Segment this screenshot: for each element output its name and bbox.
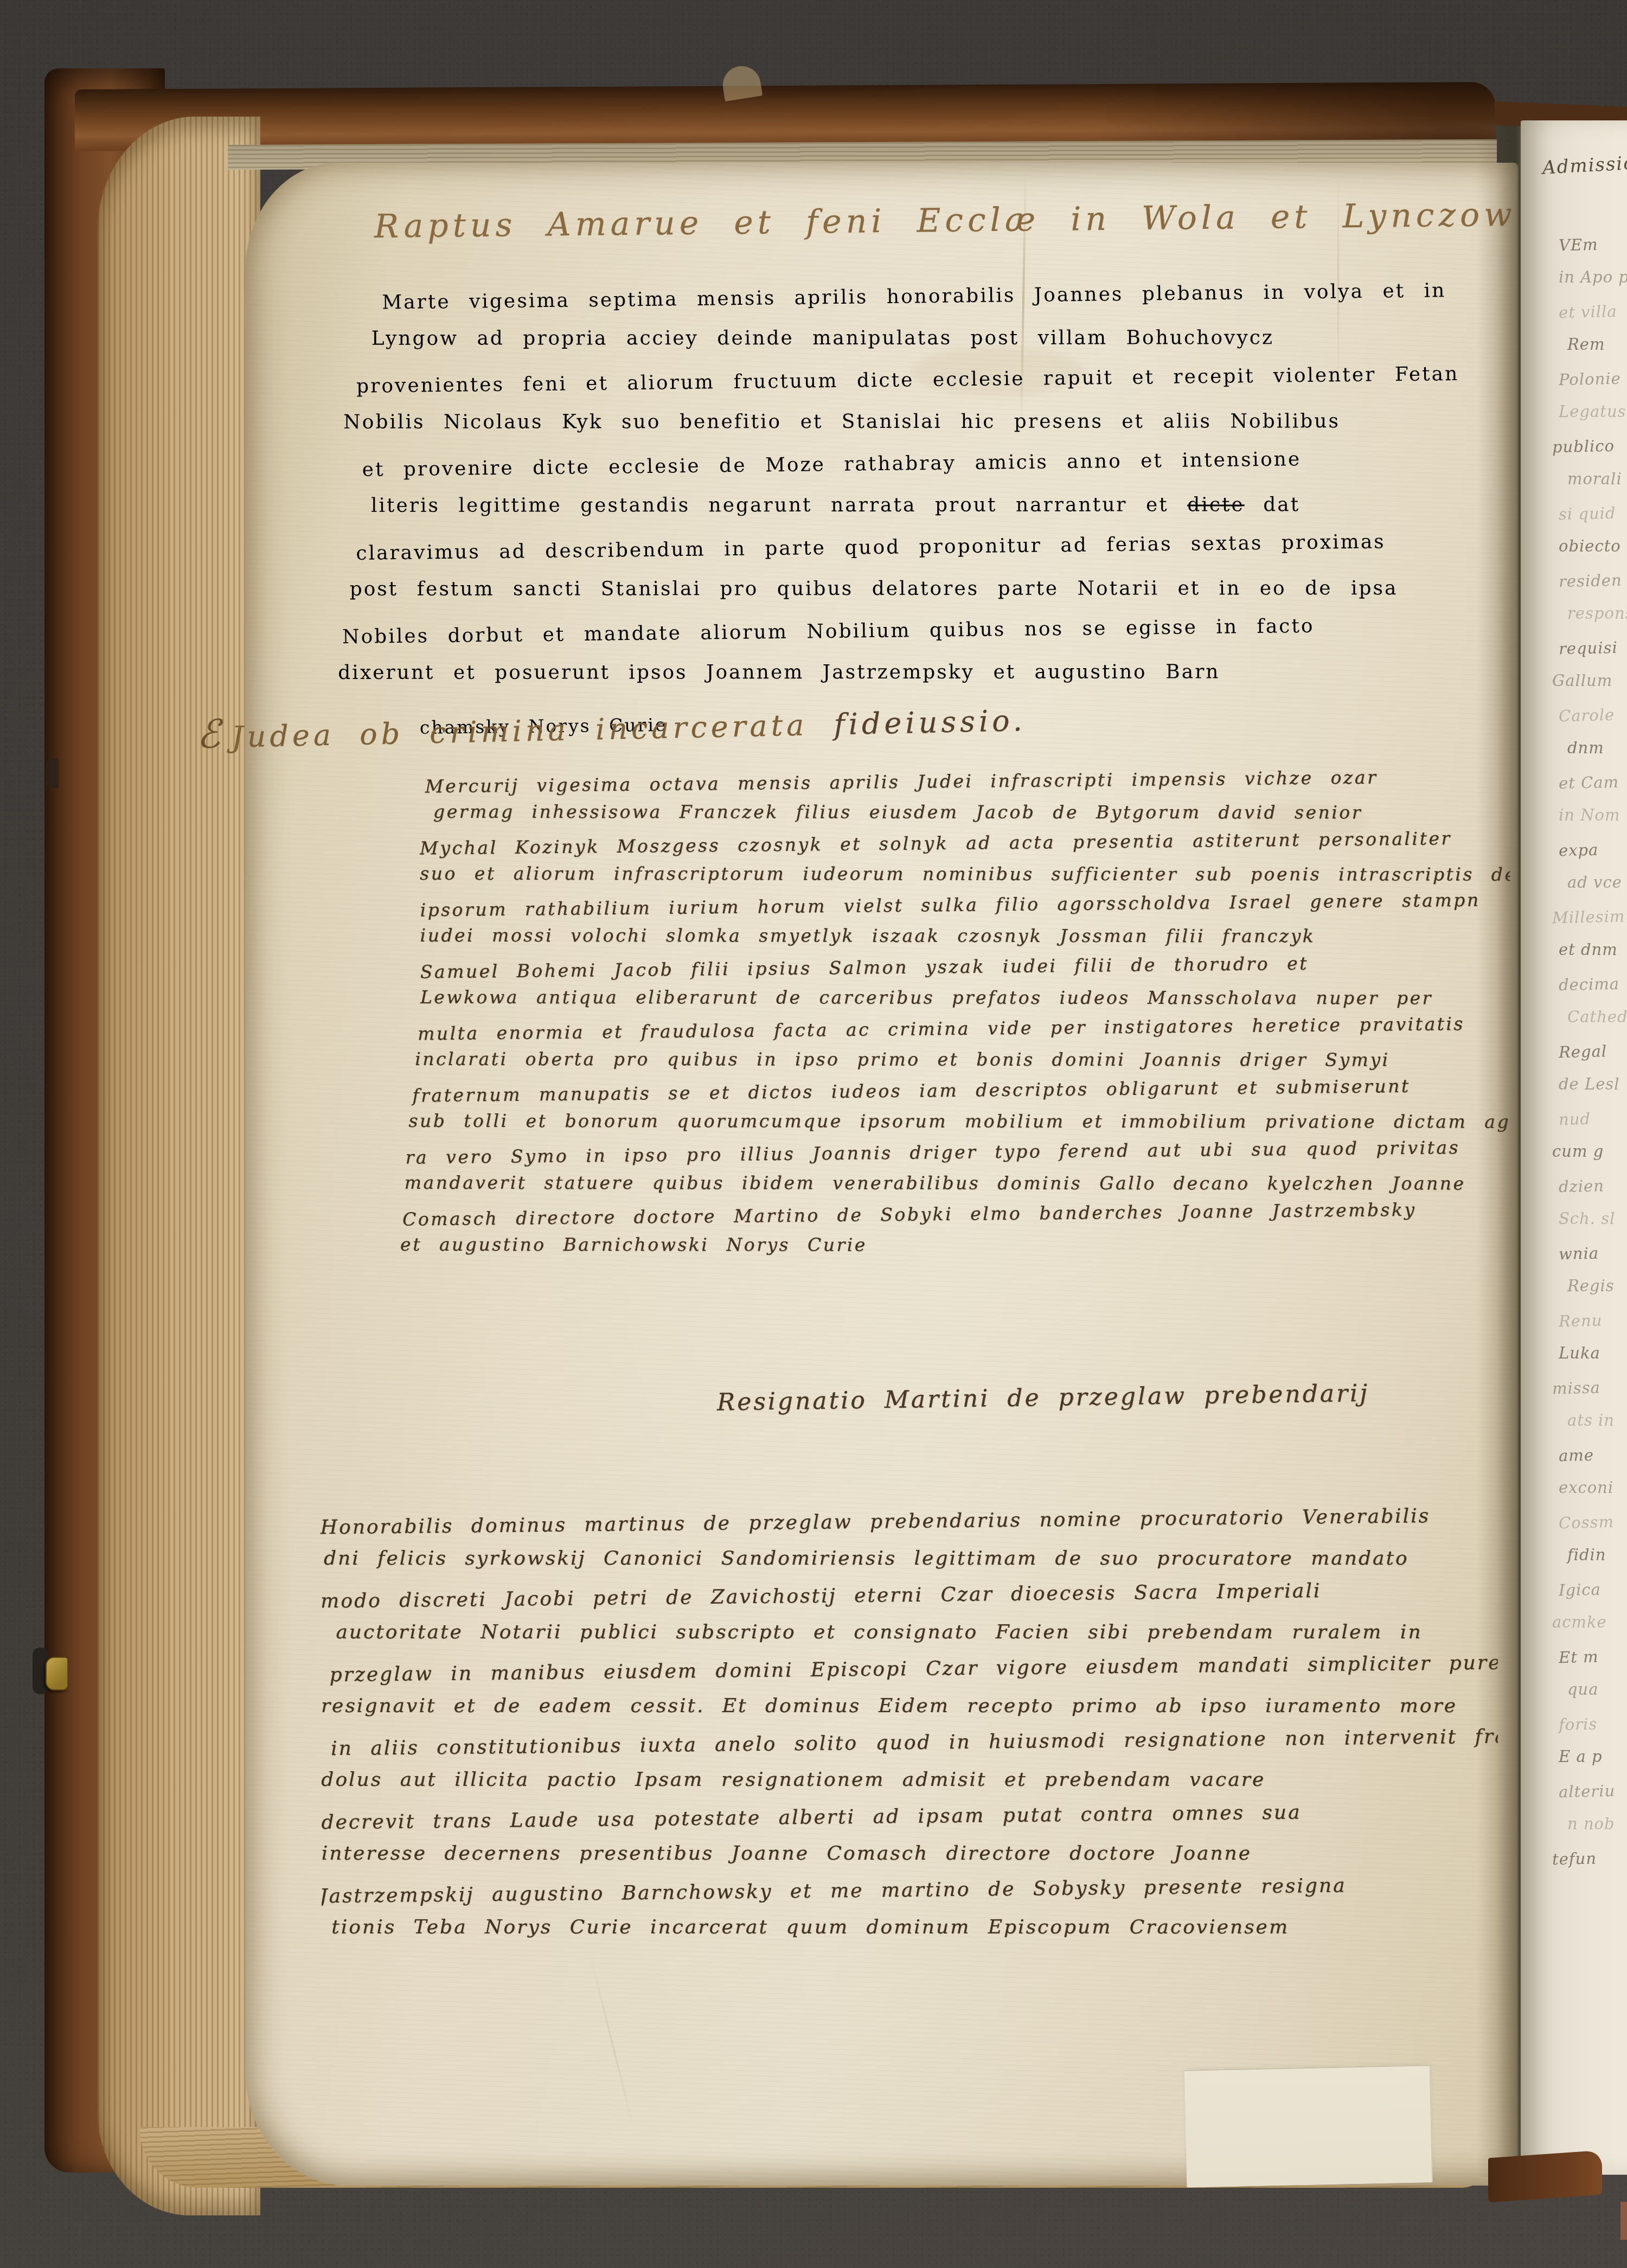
text-fragment: publico <box>1552 427 1627 464</box>
paper-repair-patch <box>1184 2065 1433 2187</box>
text-fragment: decima <box>1558 965 1627 1002</box>
text-segment: dat <box>1245 494 1300 516</box>
text-fragment: dzien <box>1558 1167 1627 1203</box>
cover-edge-sliver <box>1620 2202 1627 2240</box>
manuscript-scan: Raptus Amarue et feni Ecclæ in Wola et L… <box>0 0 1627 2268</box>
paragraph-judei: Mercurij vigesima octava mensis aprilis … <box>338 764 1511 1262</box>
text-line: Lyngow ad propria acciey deinde manipula… <box>371 317 1503 360</box>
text-line: decrevit trans Laude usa potestate alber… <box>321 1792 1498 1842</box>
text-fragment: Legatus r <box>1559 395 1627 428</box>
text-line: in aliis constitutionibus iuxta anelo so… <box>331 1719 1498 1768</box>
text-line: dixerunt et posuerunt ipsos Joannem Jast… <box>338 651 1504 694</box>
text-fragment: Cossm <box>1558 1503 1627 1540</box>
text-line-with-strikethrough: literis legittime gestandis negarunt nar… <box>371 484 1503 527</box>
text-line: multa enormia et fraudulosa facta ac cri… <box>418 1008 1510 1049</box>
text-line: Samuel Bohemi Jacob filii ipsius Salmon … <box>420 946 1510 987</box>
text-fragment: ats in <box>1567 1404 1627 1437</box>
text-fragment: E a p <box>1559 1740 1627 1773</box>
text-line: interesse decernens presentibus Joanne C… <box>322 1835 1498 1872</box>
text-line: inclarati oberta pro quibus in ipso prim… <box>415 1043 1510 1075</box>
text-line: mandaverit statuere quibus ibidem venera… <box>405 1167 1511 1199</box>
text-fragment: in Apo p <box>1559 260 1627 294</box>
text-fragment: Renu <box>1558 1301 1627 1338</box>
text-fragment: Et m <box>1558 1637 1627 1674</box>
margin-word: Judea <box>231 718 335 754</box>
text-line: claravimus ad describendum in parte quod… <box>356 520 1504 574</box>
text-fragment: Polonie <box>1558 360 1627 396</box>
text-line: dolus aut illicita pactio Ipsam resignat… <box>321 1761 1498 1798</box>
text-fragment: nud <box>1558 1099 1627 1136</box>
page-corner-curl <box>720 63 763 101</box>
heading-text-dark: fideiussio. <box>834 703 1027 741</box>
text-line: et provenire dicte ecclesie de Moze rath… <box>362 436 1503 491</box>
facing-page-bottom-leather <box>1488 2150 1602 2203</box>
text-fragment: qua <box>1567 1673 1627 1706</box>
text-fragment: Millesim <box>1552 898 1627 935</box>
text-fragment: Regal <box>1558 1032 1627 1069</box>
text-fragment: expa <box>1558 830 1627 867</box>
facing-page-sliver: Admissio N VEmin Apo pet villaRemPolonie… <box>1521 120 1627 2175</box>
text-line: Comasch directore doctore Martino de Sob… <box>402 1193 1511 1235</box>
text-line: provenientes feni et aliorum fructuum di… <box>356 353 1503 407</box>
text-fragment: ad vce <box>1567 866 1627 899</box>
text-fragment: wnia <box>1558 1234 1627 1271</box>
paragraph-resignatio: Honorabilis dominus martinus de przeglaw… <box>321 1501 1499 1948</box>
text-fragment: de Lesl <box>1559 1067 1627 1101</box>
text-fragment: acmke <box>1552 1605 1627 1639</box>
facing-page-heading: Admissio N <box>1542 151 1627 178</box>
text-line: ra vero Symo in ipso pro illius Joannis … <box>405 1131 1510 1173</box>
text-fragment: obiecto <box>1559 529 1627 563</box>
text-fragment: Gallum <box>1552 664 1627 697</box>
text-fragment: et villa <box>1558 292 1627 329</box>
text-line: przeglaw in manibus eiusdem domini Episc… <box>329 1645 1498 1694</box>
text-line: Nobilis Nicolaus Kyk suo benefitio et St… <box>343 400 1503 443</box>
text-line: Mychal Kozinyk Moszgess czosnyk et solny… <box>420 822 1510 863</box>
text-fragment: respons <box>1567 597 1627 630</box>
text-line: Jastrzempskij augustino Barnchowsky et m… <box>321 1866 1499 1915</box>
text-fragment: Regis <box>1567 1269 1627 1303</box>
text-fragment: foris <box>1558 1705 1627 1741</box>
text-line: auctoritate Notarii publici subscripto e… <box>336 1614 1497 1651</box>
text-fragment: Rem <box>1567 328 1627 361</box>
paragraph-raptus: Marte vigesima septima mensis aprilis ho… <box>336 273 1504 745</box>
text-line: germag inhessisowa Franczek filius eiusd… <box>433 796 1510 828</box>
text-line: iudei mossi volochi slomka smyetlyk isza… <box>420 920 1510 952</box>
text-fragment: Cathedra <box>1567 1000 1627 1034</box>
text-fragment: Carole <box>1558 696 1627 733</box>
text-fragment: morali <box>1567 462 1627 496</box>
brass-clasp <box>46 1657 68 1690</box>
text-fragment: si quid <box>1558 494 1627 531</box>
text-fragment: residen <box>1558 561 1627 598</box>
text-line: post festum sancti Stanislai pro quibus … <box>350 567 1504 610</box>
text-line: dni felicis syrkowskij Canonici Sandomir… <box>324 1540 1497 1577</box>
text-fragment: dnm <box>1567 731 1627 765</box>
text-line: suo et aliorum infrascriptorum iudeorum … <box>420 858 1510 890</box>
text-fragment: Luka <box>1559 1336 1627 1370</box>
paraph-flourish: ℰ <box>196 711 224 757</box>
text-line: Honorabilis dominus martinus de przeglaw… <box>321 1501 1497 1546</box>
text-fragment: et dnm <box>1559 933 1627 966</box>
text-line: tionis Teba Norys Curie incarcerat quum … <box>331 1909 1498 1946</box>
text-fragment: Sch. sl <box>1559 1202 1627 1235</box>
text-fragment: n nob <box>1567 1807 1627 1841</box>
text-fragment: VEm <box>1558 225 1627 262</box>
page-stack-left-edges <box>98 117 260 2215</box>
text-fragment: exconi <box>1559 1471 1627 1504</box>
text-fragment: ame <box>1558 1436 1627 1472</box>
text-line: Nobiles dorbut et mandate aliorum Nobili… <box>342 603 1504 658</box>
text-fragment: in Nom <box>1559 798 1627 832</box>
text-line: et augustino Barnichowski Norys Curie <box>400 1229 1511 1261</box>
text-fragment: alteriu <box>1558 1772 1627 1809</box>
text-line: sub tolli et bonorum quorumcumque ipsoru… <box>408 1105 1510 1137</box>
facing-page-text-fragments: VEmin Apo pet villaRemPolonieLegatus rpu… <box>1559 227 1627 1874</box>
struck-word: dicte <box>1187 494 1245 516</box>
text-line: Marte vigesima septima mensis aprilis ho… <box>382 273 1503 323</box>
text-line: Lewkowa antiqua eliberarunt de carceribu… <box>420 982 1510 1014</box>
text-fragment: fidin <box>1567 1538 1627 1572</box>
text-fragment: missa <box>1552 1368 1627 1406</box>
book-gutter <box>1476 125 1522 2177</box>
text-fragment: cum g <box>1552 1135 1627 1168</box>
heading-text: ob crimina incarcerata <box>359 708 808 751</box>
text-line: modo discreti Jacobi petri de Zavichosti… <box>321 1571 1498 1620</box>
text-line: ipsorum rathabilium iurium horum vielst … <box>420 884 1510 925</box>
text-fragment: et Cam <box>1558 763 1627 800</box>
text-segment: literis legittime gestandis negarunt nar… <box>371 494 1187 516</box>
text-fragment: tefun <box>1552 1839 1627 1876</box>
text-line: fraternum manupatis se et dictos iudeos … <box>412 1069 1510 1111</box>
text-fragment: requisi <box>1558 629 1627 665</box>
text-fragment: Igica <box>1558 1570 1627 1607</box>
clasp-notch <box>46 758 59 789</box>
text-line: resignavit et de eadem cessit. Et dominu… <box>321 1688 1498 1725</box>
